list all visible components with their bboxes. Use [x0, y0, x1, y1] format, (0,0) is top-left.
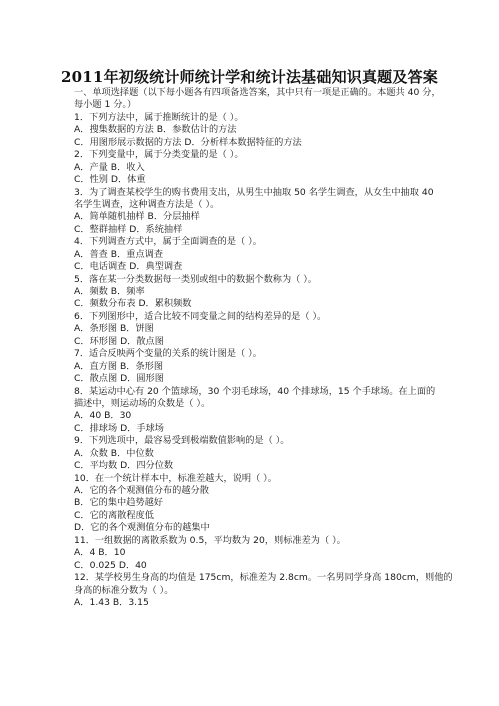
question-3-options-cd: C．整群抽样 D．系统抽样	[74, 224, 434, 236]
question-5-options-cd: C．频数分布表 D．累积频数	[74, 298, 434, 310]
question-2: 2．下列变量中，属于分类变量的是（ ）。	[74, 149, 434, 161]
question-7-options-cd: C．散点图 D．圆形图	[74, 373, 434, 385]
section-heading: 一、单项选择题（以下每小题各有四项备选答案，其中只有一项是正确的。本题共 40 …	[74, 87, 434, 99]
question-3-options-ab: A．简单随机抽样 B．分层抽样	[74, 211, 434, 223]
question-12-cont: 身高的标准分数为（ ）。	[74, 585, 434, 597]
question-5: 5．落在某一分类数据每一类别或组中的数据个数称为（ ）。	[74, 274, 434, 286]
question-10: 10．在一个统计样本中，标准差越大，说明（ ）。	[74, 473, 434, 485]
question-6: 6．下列图形中，适合比较不同变量之间的结构差异的是（ ）。	[74, 311, 434, 323]
question-11-options-ab: A．4 B．10	[74, 547, 434, 559]
question-8-options-cd: C．排球场 D．手球场	[74, 423, 434, 435]
question-5-options-ab: A．频数 B．频率	[74, 286, 434, 298]
question-1: 1．下列方法中，属于推断统计的是（ ）。	[74, 112, 434, 124]
question-7-options-ab: A．直方图 B．条形图	[74, 361, 434, 373]
question-10-option-b: B．它的集中趋势越好	[74, 497, 434, 509]
question-4: 4．下列调查方式中，属于全面调查的是（ ）。	[74, 236, 434, 248]
question-12: 12．某学校男生身高的均值是 175cm，标准差为 2.8cm。一名男同学身高 …	[74, 572, 434, 584]
question-3: 3．为了调查某校学生的购书费用支出，从男生中抽取 50 名学生调查，从女生中抽取…	[74, 187, 434, 199]
question-11-options-cd: C．0.025 D．40	[74, 560, 434, 572]
question-2-options-ab: A．产量 B．收入	[74, 162, 434, 174]
question-9: 9．下列选项中，最容易受到极端数值影响的是（ ）。	[74, 435, 434, 447]
question-10-option-a: A．它的各个观测值分布的越分散	[74, 485, 434, 497]
question-11: 11．一组数据的离散系数为 0.5，平均数为 20，则标准差为（ ）。	[74, 535, 434, 547]
question-6-options-ab: A．条形图 B．饼图	[74, 323, 434, 335]
question-12-options-ab: A．1.43 B．3.15	[74, 597, 434, 609]
question-9-options-cd: C．平均数 D．四分位数	[74, 460, 434, 472]
document-body: 一、单项选择题（以下每小题各有四项备选答案，其中只有一项是正确的。本题共 40 …	[74, 87, 434, 609]
question-10-option-c: C．它的离散程度低	[74, 510, 434, 522]
question-4-options-ab: A．普查 B．重点调查	[74, 249, 434, 261]
question-2-options-cd: C．性别 D．体重	[74, 174, 434, 186]
question-4-options-cd: C．电话调查 D．典型调查	[74, 261, 434, 273]
question-8-cont: 描述中，则运动场的众数是（ ）。	[74, 398, 434, 410]
question-7: 7．适合反映两个变量的关系的统计图是（ ）。	[74, 348, 434, 360]
question-1-options-cd: C．用图形展示数据的方法 D．分析样本数据特征的方法	[74, 137, 434, 149]
question-1-options-ab: A．搜集数据的方法 B．参数估计的方法	[74, 124, 434, 136]
section-heading-cont: 每小题 1 分。）	[74, 99, 434, 111]
question-10-option-d: D．它的各个观测值分布的越集中	[74, 522, 434, 534]
question-8: 8．某运动中心有 20 个篮球场，30 个羽毛球场，40 个排球场，15 个手球…	[74, 386, 434, 398]
question-9-options-ab: A．众数 B．中位数	[74, 448, 434, 460]
document-page: 2011年初级统计师统计学和统计法基础知识真题及答案 一、单项选择题（以下每小题…	[0, 0, 499, 706]
document-title: 2011年初级统计师统计学和统计法基础知识真题及答案	[0, 66, 499, 87]
question-3-cont: 名学生调查，这种调查方法是（ ）。	[74, 199, 434, 211]
question-8-options-ab: A．40 B．30	[74, 410, 434, 422]
question-6-options-cd: C．环形图 D．散点图	[74, 336, 434, 348]
